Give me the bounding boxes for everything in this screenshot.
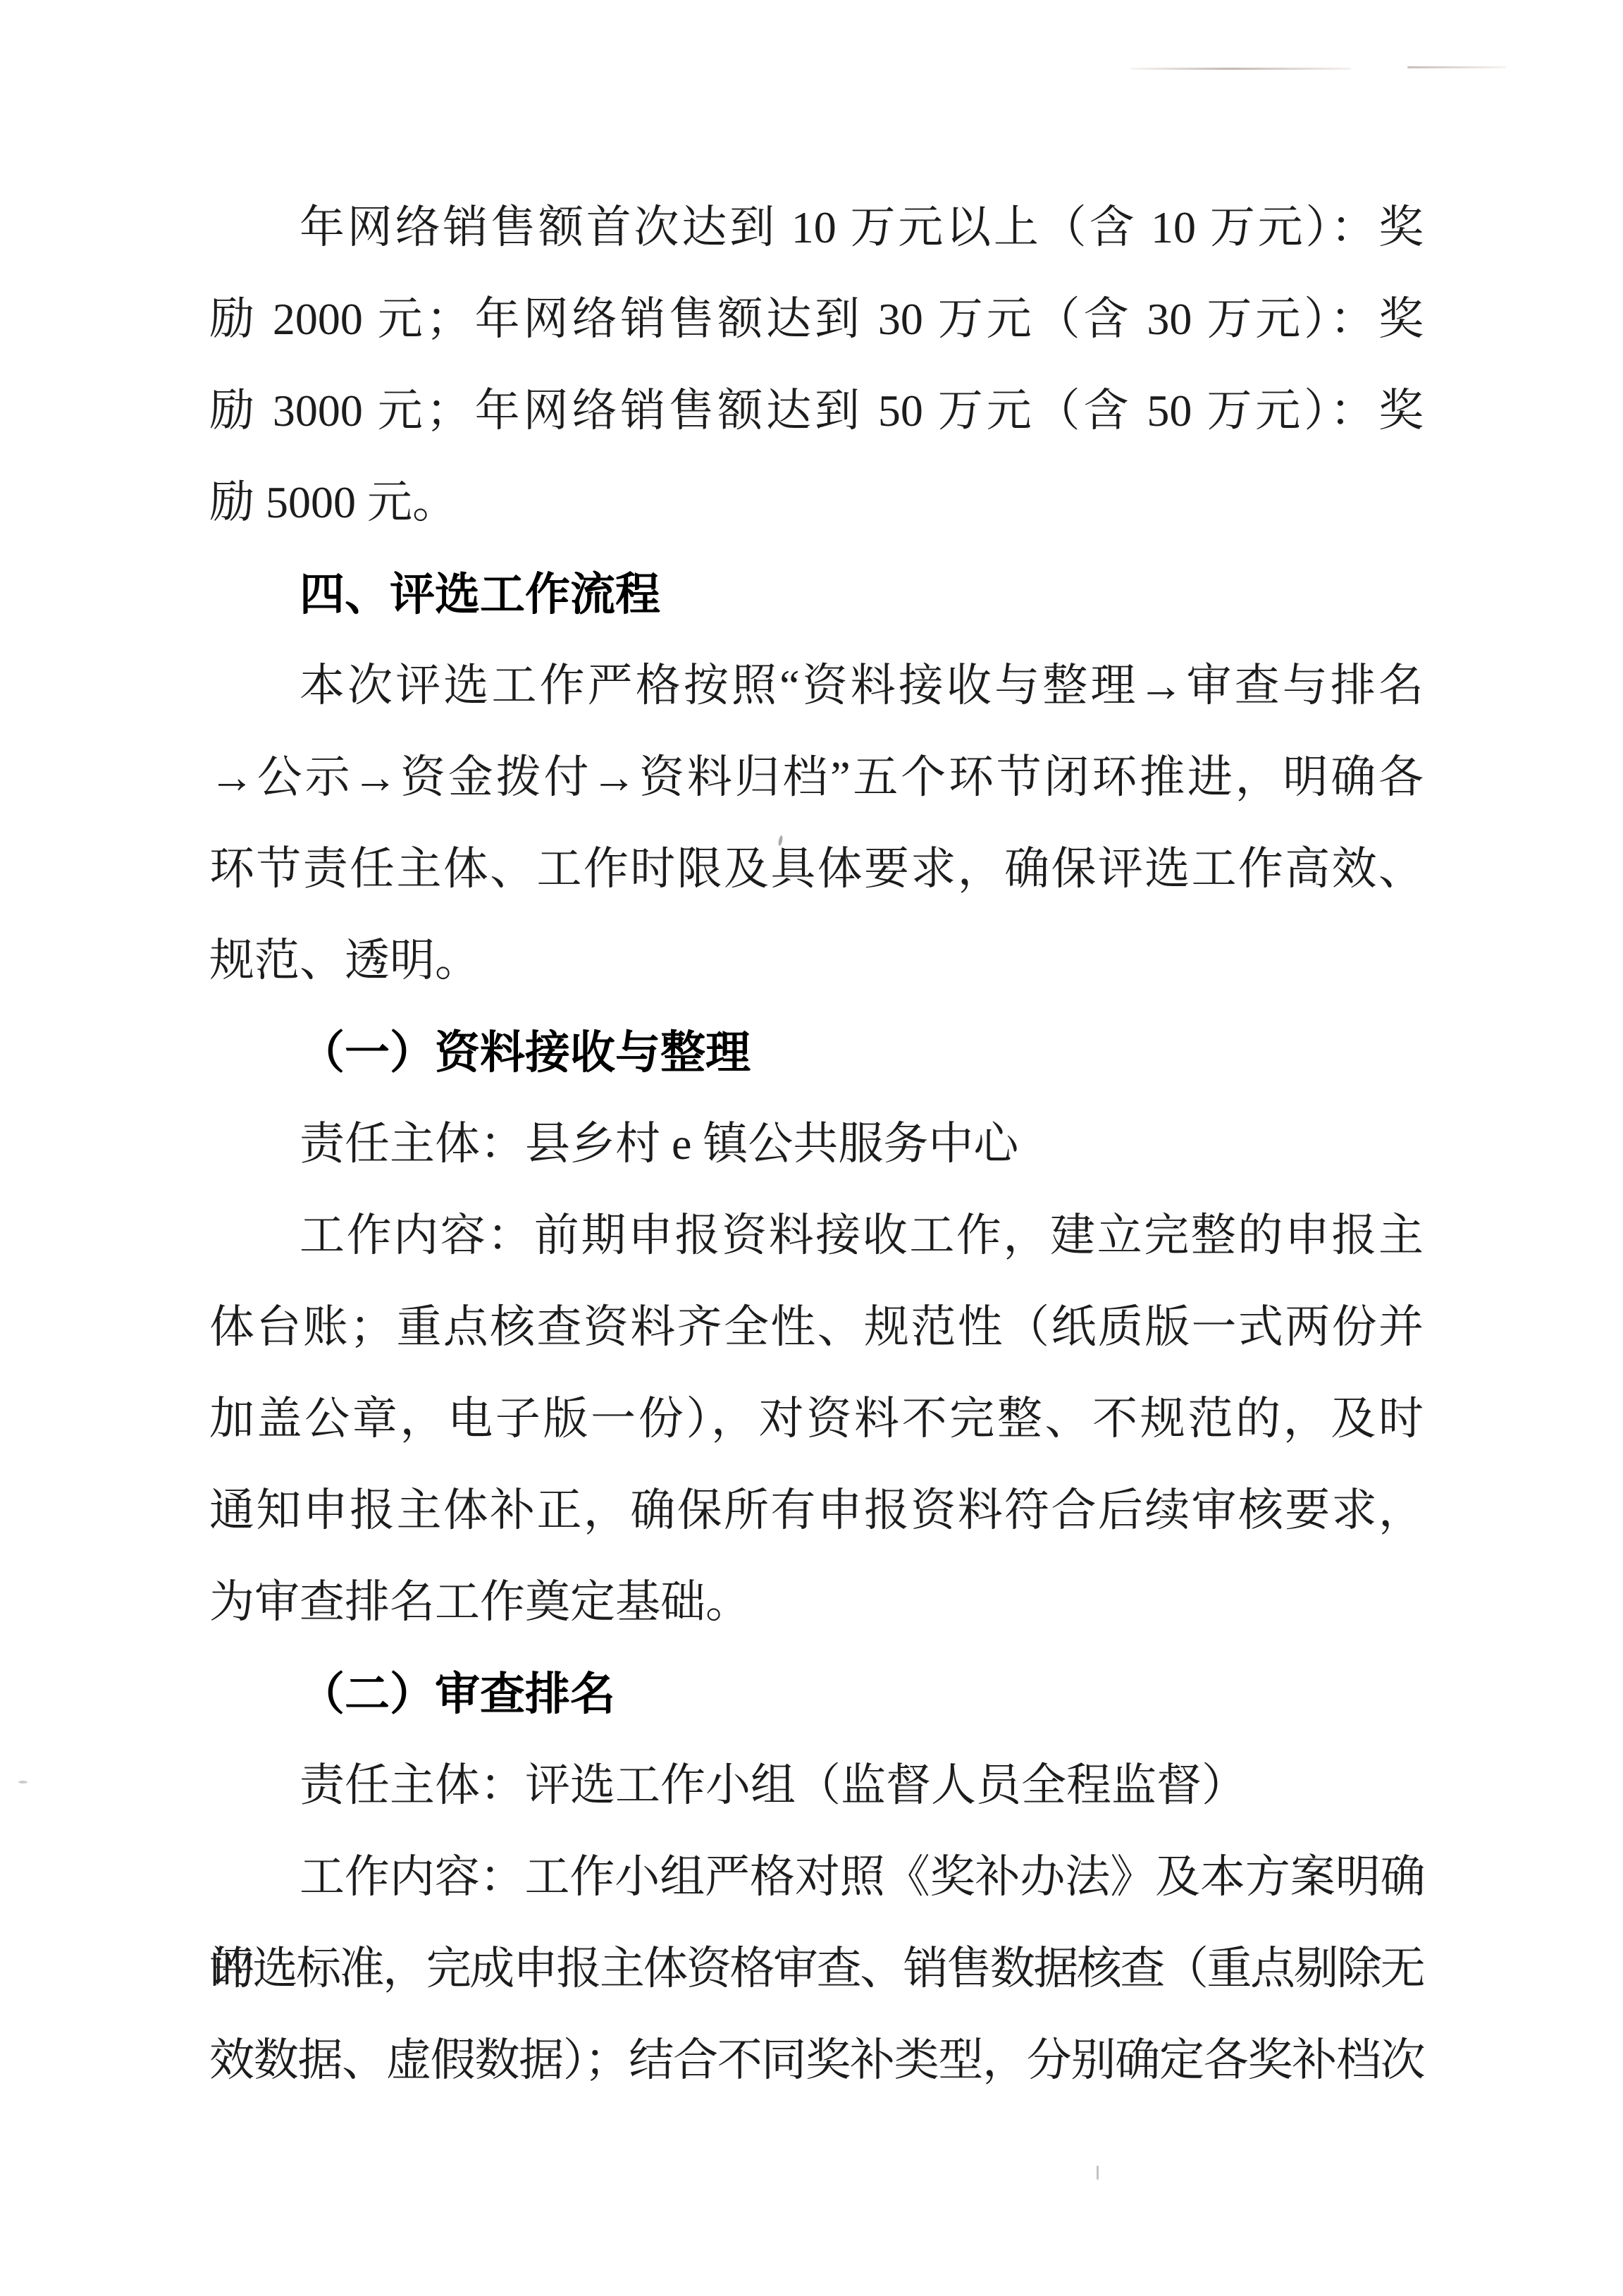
paragraph-line: 环节责任主体、工作时限及具体要求，确保评选工作高效、 [209, 823, 1424, 915]
section-heading-review-ranking: （二）审查排名 [209, 1648, 1424, 1740]
document-body: 年网络销售额首次达到 10 万元以上（含 10 万元）：奖 励 2000 元；年… [209, 182, 1424, 2106]
paragraph-line: 工作内容：前期申报资料接收工作，建立完整的申报主 [209, 1190, 1424, 1282]
paragraph-line: 加盖公章，电子版一份），对资料不完整、不规范的，及时 [209, 1373, 1424, 1465]
scan-speck [18, 1781, 27, 1784]
paragraph-line: 责任主体：评选工作小组（监督人员全程监督） [209, 1740, 1424, 1831]
paragraph-line: 通知申报主体补正，确保所有申报资料符合后续审核要求， [209, 1465, 1424, 1557]
paragraph-line: 为审查排名工作奠定基础。 [209, 1557, 1424, 1648]
paragraph-line: 规范、透明。 [209, 915, 1424, 1007]
paragraph-line: 效数据、虚假数据）；结合不同奖补类型，分别确定各奖补档次 [209, 2015, 1424, 2106]
paragraph-line: 责任主体：县乡村 e 镇公共服务中心 [209, 1098, 1424, 1190]
paragraph-line: 励 2000 元；年网络销售额达到 30 万元（含 30 万元）：奖 [209, 274, 1424, 365]
paragraph-line: →公示→资金拨付→资料归档”五个环节闭环推进，明确各 [209, 732, 1424, 823]
section-heading-workflow: 四、评选工作流程 [209, 548, 1424, 640]
paragraph-line: 年网络销售额首次达到 10 万元以上（含 10 万元）：奖 [209, 182, 1424, 274]
scan-artifact-line [1130, 68, 1351, 70]
paragraph-line: 励 3000 元；年网络销售额达到 50 万元（含 50 万元）：奖 [209, 365, 1424, 457]
scan-artifact-line [1407, 66, 1506, 68]
paragraph-line: 体台账；重点核查资料齐全性、规范性（纸质版一式两份并 [209, 1282, 1424, 1373]
document-page: 年网络销售额首次达到 10 万元以上（含 10 万元）：奖 励 2000 元；年… [0, 0, 1623, 2296]
paragraph-line: 评选标准，完成申报主体资格审查、销售数据核查（重点剔除无 [209, 1923, 1424, 2015]
section-heading-material-receiving: （一）资料接收与整理 [209, 1007, 1424, 1098]
scan-speck [1097, 2166, 1099, 2180]
paragraph-line: 励 5000 元。 [209, 457, 1424, 548]
paragraph-line: 工作内容：工作小组严格对照《奖补办法》及本方案明确的 [209, 1831, 1424, 1923]
paragraph-line: 本次评选工作严格按照“资料接收与整理→审查与排名 [209, 640, 1424, 732]
